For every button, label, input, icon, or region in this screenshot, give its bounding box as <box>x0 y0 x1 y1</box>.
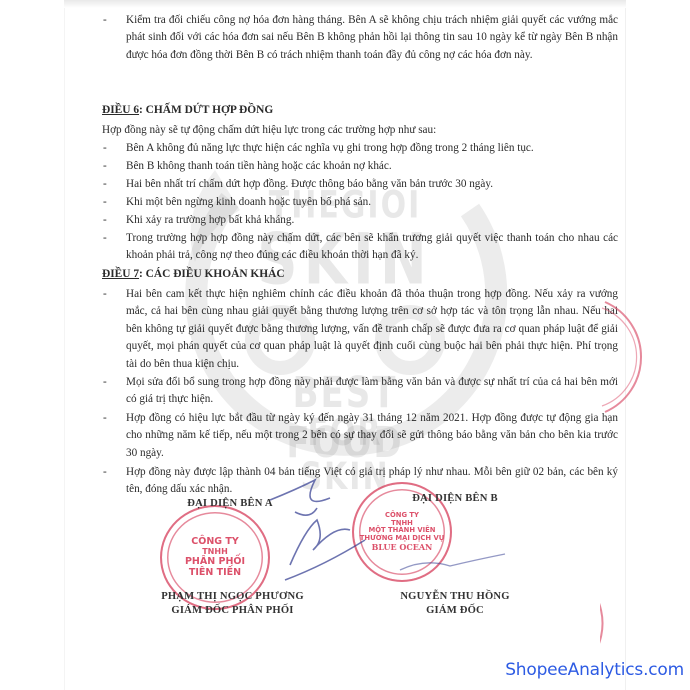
party-b-signature-icon <box>395 540 515 580</box>
partial-stamp-icon <box>600 300 660 660</box>
party-a-name: PHẠM THỊ NGỌC PHƯƠNG <box>140 591 325 602</box>
article-7-heading: ĐIỀU 7: CÁC ĐIỀU KHOẢN KHÁC <box>102 266 285 283</box>
article-6-intro: Hợp đồng này sẽ tự động chấm dứt hiệu lự… <box>102 122 622 139</box>
article-7-item: - Hợp đồng có hiệu lực bắt đầu từ ngày k… <box>103 410 618 462</box>
article-6-heading: ĐIỀU 6: CHẤM DỨT HỢP ĐỒNG <box>102 102 273 119</box>
article-6-item: - Trong trường hợp hợp đồng này chấm dứt… <box>103 230 618 265</box>
party-b-label: ĐẠI DIỆN BÊN B <box>400 493 510 504</box>
article-6-item: - Bên B không thanh toán tiền hàng hoặc … <box>103 158 618 175</box>
article-6-item: - Bên A không đủ năng lực thực hiện các … <box>103 140 618 157</box>
party-b-title: GIÁM ĐỐC <box>385 605 525 616</box>
article-6-item: - Khi xảy ra trường hợp bất khả kháng. <box>103 212 618 229</box>
article-6-item: - Hai bên nhất trí chấm dứt hợp đồng. Đư… <box>103 176 618 193</box>
article-7-item: - Mọi sửa đổi bổ sung trong hợp đồng này… <box>103 374 618 409</box>
article-6-item: - Khi một bên ngừng kinh doanh hoặc tuyê… <box>103 194 618 211</box>
party-a-title: GIÁM ĐỐC PHÂN PHỐI <box>140 605 325 616</box>
party-a-signature-icon <box>255 470 375 590</box>
clause-item: - Kiểm tra đối chiếu công nợ hóa đơn hàn… <box>103 12 618 64</box>
shopee-analytics-watermark: ShopeeAnalytics.com <box>505 660 684 680</box>
party-b-name: NGUYỄN THU HỒNG <box>385 591 525 602</box>
article-7-item: - Hai bên cam kết thực hiện nghiêm chỉnh… <box>103 286 618 373</box>
party-a-label: ĐẠI DIỆN BÊN A <box>170 498 290 509</box>
